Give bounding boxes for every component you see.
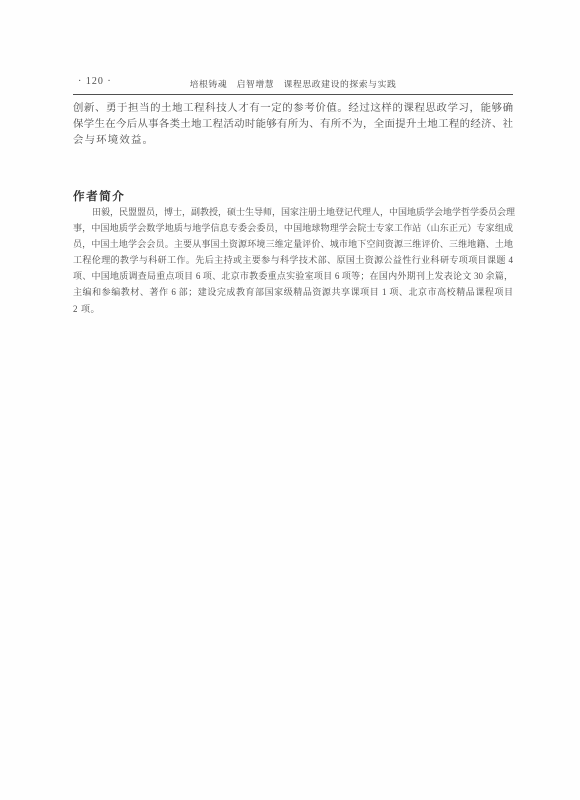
body-paragraph: 创新、勇于担当的土地工程科技人才有一定的参考价值。经过这样的课程思政学习，能够确…	[73, 101, 513, 150]
page-header: · 120 · 培根铸魂 启智增慧 课程思政建设的探索与实践	[73, 76, 513, 91]
paragraph-line: 会与环境效益。	[73, 133, 513, 149]
bio-line: 项、中国地质调查局重点项目 6 项、北京市教委重点实验室项目 6 项等；在国内外…	[73, 268, 513, 284]
document-page: · 120 · 培根铸魂 启智增慧 课程思政建设的探索与实践 创新、勇于担当的土…	[0, 0, 580, 800]
header-rule	[73, 94, 513, 95]
bio-line: 2 项。	[73, 301, 513, 317]
bio-line: 主编和参编教材、著作 6 部；建设完成教育部国家级精品资源共享课项目 1 项、北…	[73, 284, 513, 300]
running-title: 培根铸魂 启智增慧 课程思政建设的探索与实践	[73, 77, 513, 90]
author-bio: 田毅，民盟盟员，博士，副教授，硕士生导师，国家注册土地登记代理人，中国地质学会地…	[73, 204, 513, 317]
bio-line: 田毅，民盟盟员，博士，副教授，硕士生导师，国家注册土地登记代理人，中国地质学会地…	[73, 204, 513, 220]
bio-line: 事，中国地质学会数学地质与地学信息专委会委员，中国地球物理学会院士专家工作站（山…	[73, 220, 513, 236]
paragraph-line: 创新、勇于担当的土地工程科技人才有一定的参考价值。经过这样的课程思政学习，能够确	[73, 101, 513, 117]
bio-line: 员，中国土地学会会员。主要从事国土资源环境三维定量评价、城市地下空间资源三维评价…	[73, 236, 513, 252]
author-bio-heading: 作者简介	[73, 188, 513, 204]
bio-line: 工程伦理的教学与科研工作。先后主持或主要参与科学技术部、原国土资源公益性行业科研…	[73, 252, 513, 268]
paragraph-line: 保学生在今后从事各类土地工程活动时能够有所为、有所不为，全面提升土地工程的经济、…	[73, 117, 513, 133]
